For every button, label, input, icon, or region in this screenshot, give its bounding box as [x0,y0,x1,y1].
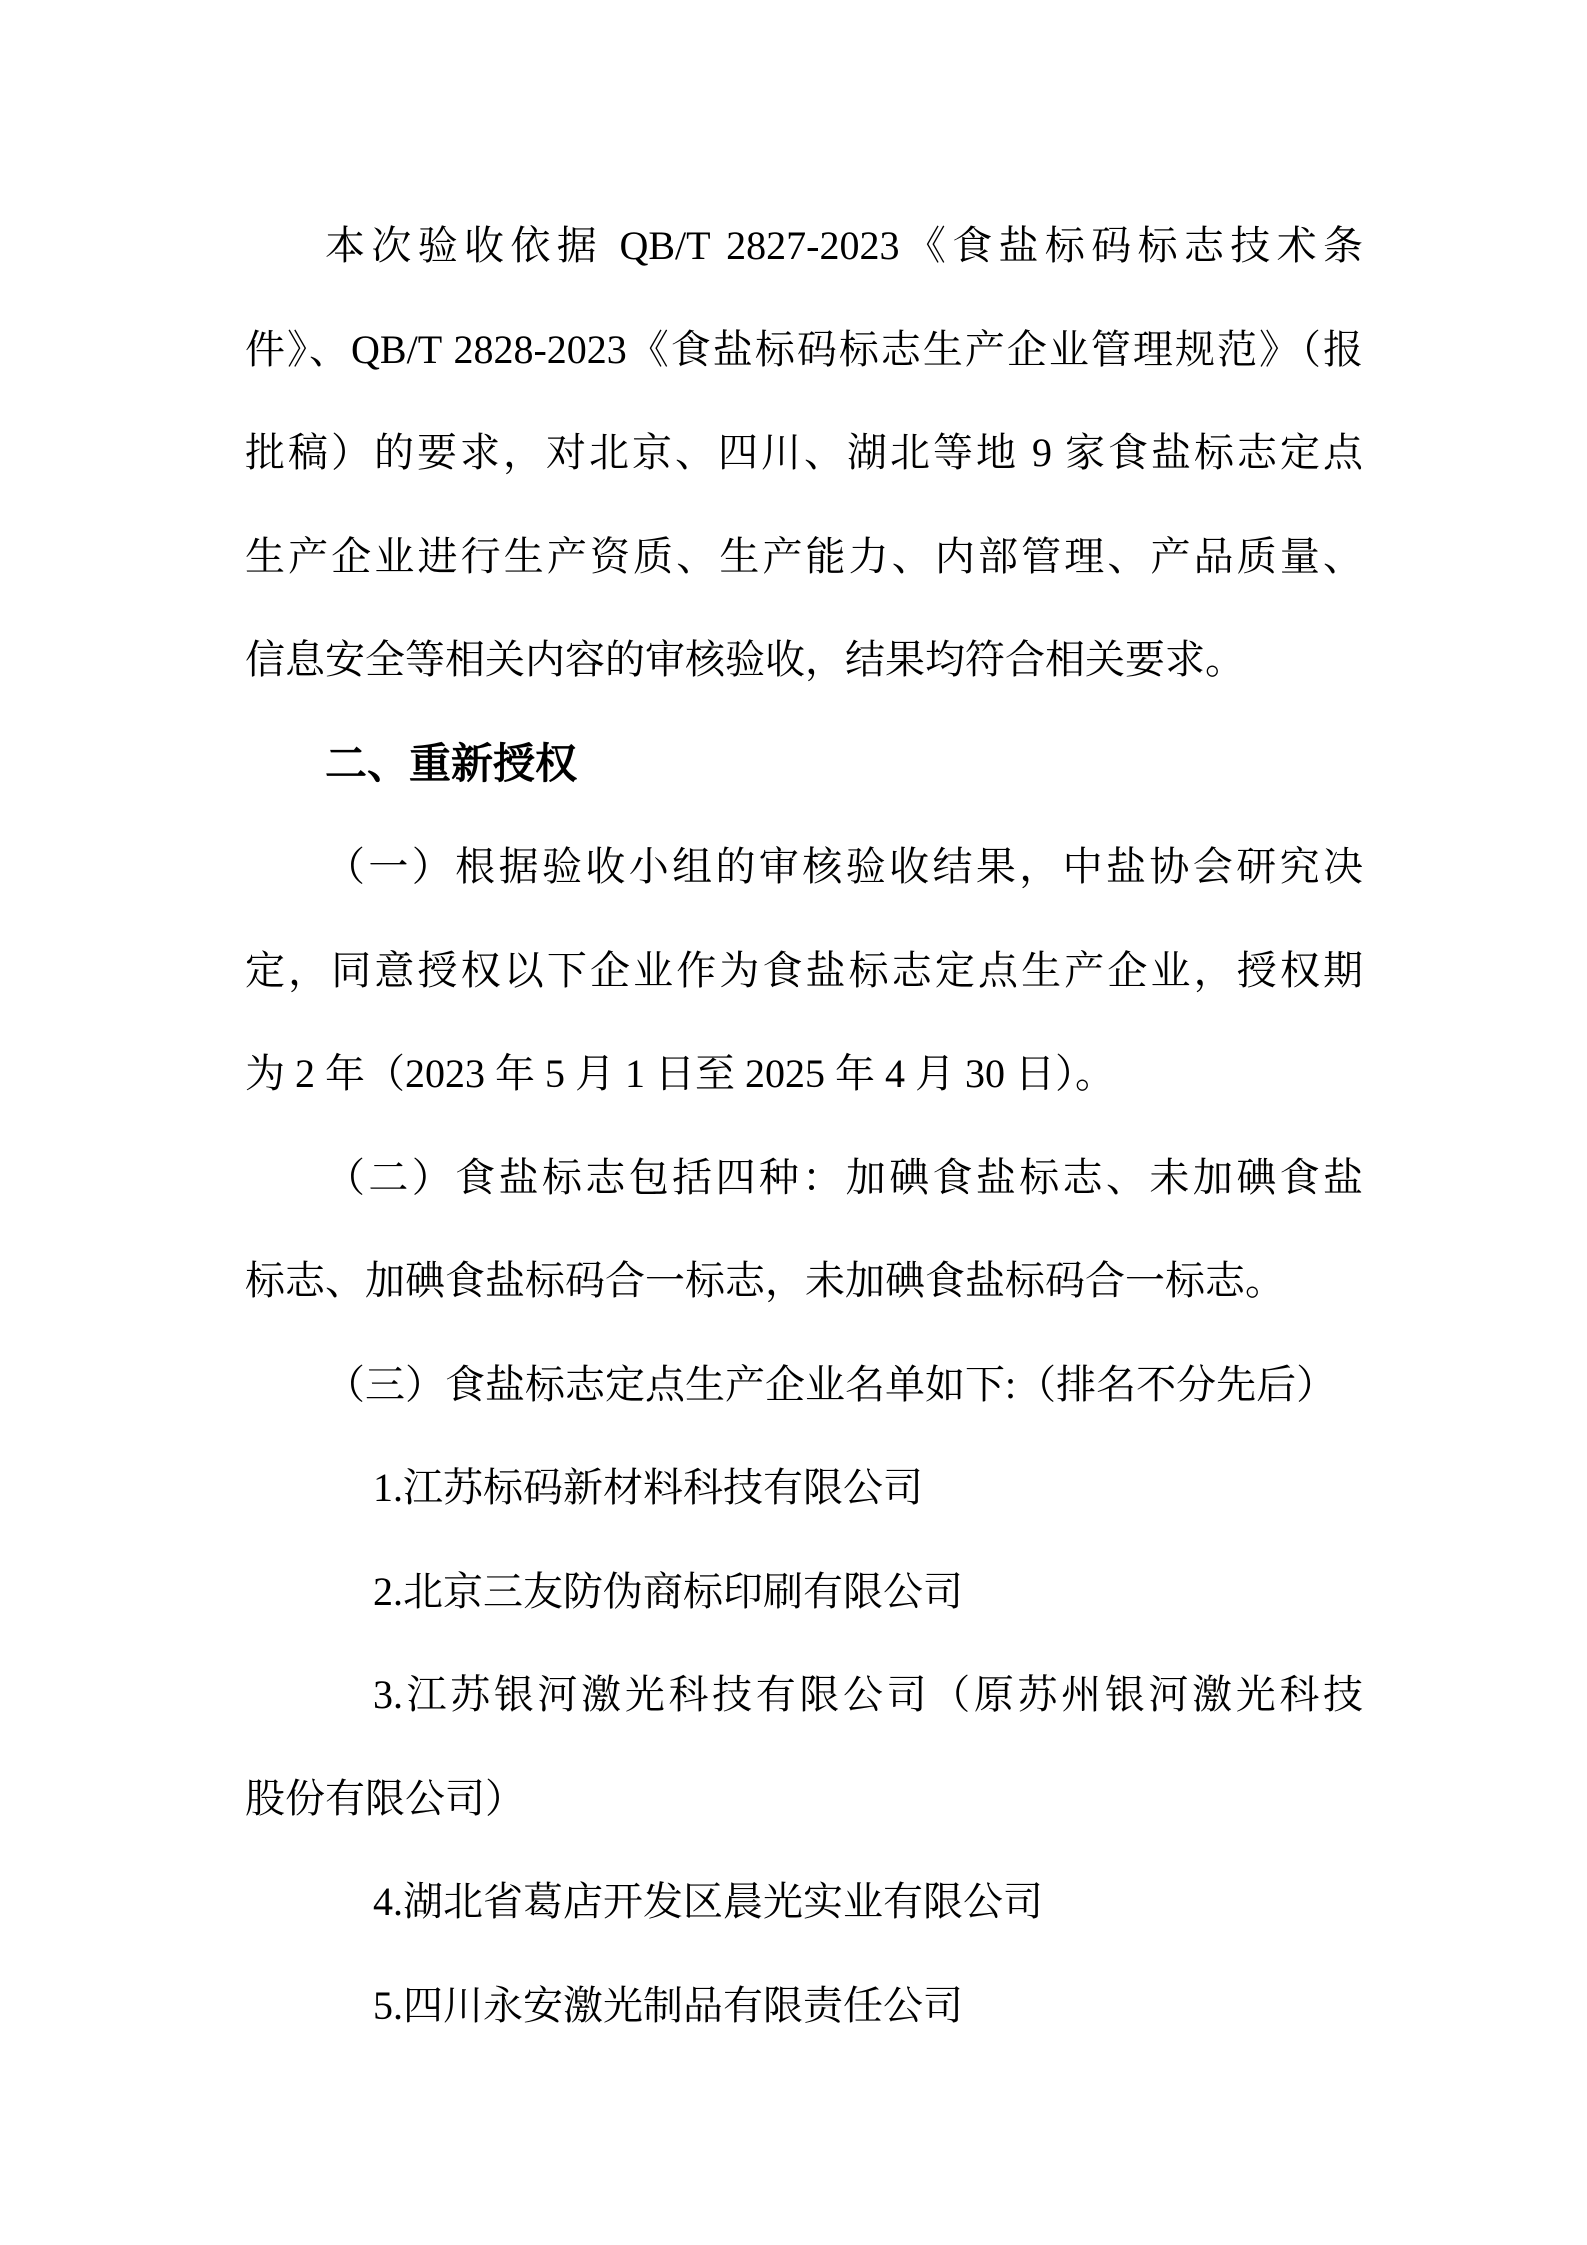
text-line: 生产企业进行生产资质、生产能力、内部管理、产品质量、 [245,505,1363,609]
text-line: 本次验收依据 QB/T 2827-2023《食盐标码标志技术条 [245,194,1363,298]
text-line: 件》、QB/T 2828-2023《食盐标码标志生产企业管理规范》（报 [245,298,1363,402]
text-line: 1.江苏标码新材料科技有限公司 [245,1436,1363,1540]
document-page: 本次验收依据 QB/T 2827-2023《食盐标码标志技术条件》、QB/T 2… [0,0,1587,2245]
text-line: 信息安全等相关内容的审核验收，结果均符合相关要求。 [245,608,1363,712]
text-line: 标志、加碘食盐标码合一标志，未加碘食盐标码合一标志。 [245,1229,1363,1333]
text-line: 定，同意授权以下企业作为食盐标志定点生产企业，授权期 [245,919,1363,1023]
text-line: 批稿）的要求，对北京、四川、湖北等地 9 家食盐标志定点 [245,401,1363,505]
text-line: 股份有限公司） [245,1747,1363,1851]
text-line: （一）根据验收小组的审核验收结果，中盐协会研究决 [245,815,1363,919]
text-line: 5.四川永安激光制品有限责任公司 [245,1954,1363,2058]
text-line: 为 2 年（2023 年 5 月 1 日至 2025 年 4 月 30 日）。 [245,1022,1363,1126]
text-line: 2.北京三友防伪商标印刷有限公司 [245,1540,1363,1644]
text-line: 3.江苏银河激光科技有限公司（原苏州银河激光科技 [245,1643,1363,1747]
text-line: （二）食盐标志包括四种：加碘食盐标志、未加碘食盐 [245,1126,1363,1230]
document-body: 本次验收依据 QB/T 2827-2023《食盐标码标志技术条件》、QB/T 2… [245,194,1363,2057]
text-line: （三）食盐标志定点生产企业名单如下:（排名不分先后） [245,1333,1363,1437]
section-heading: 二、重新授权 [245,712,1363,816]
text-line: 4.湖北省葛店开发区晨光实业有限公司 [245,1850,1363,1954]
